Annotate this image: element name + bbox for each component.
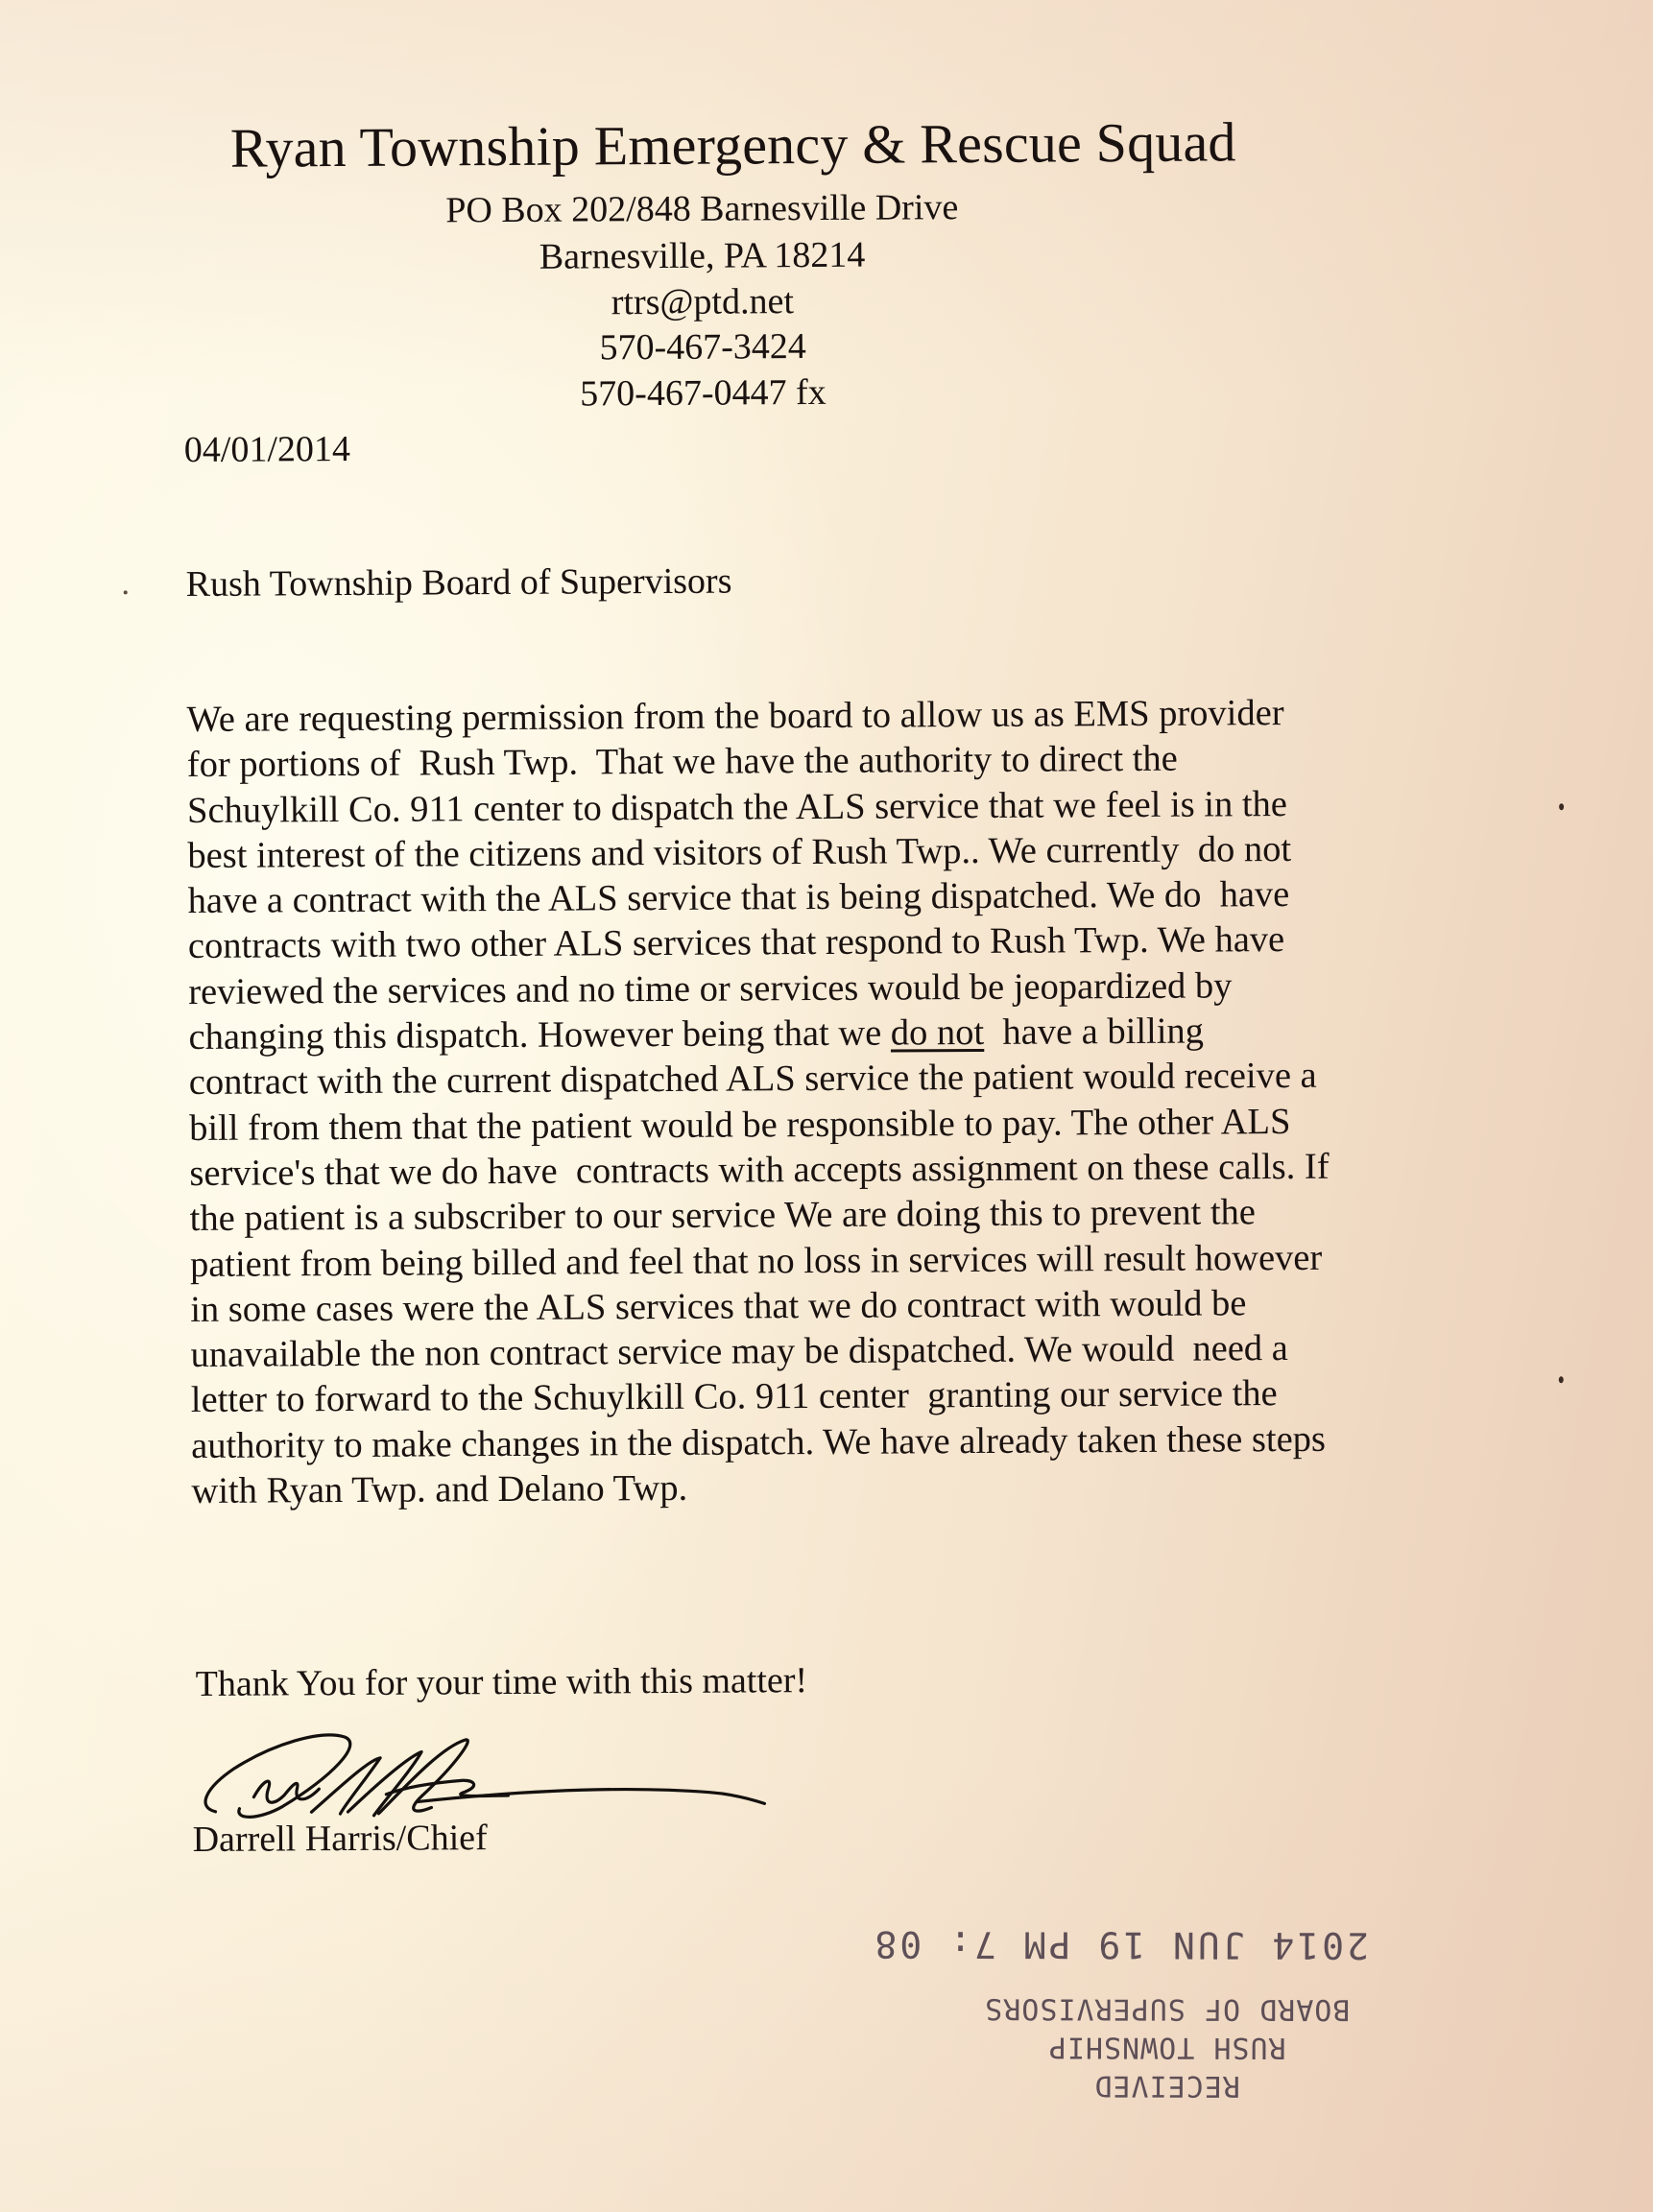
body-line: patient from being billed and feel that …: [190, 1235, 1330, 1288]
stamp-board: BOARD OF SUPERVISORS: [966, 1988, 1369, 2028]
body-line: Schuylkill Co. 911 center to dispatch th…: [187, 781, 1327, 834]
body-line: in some cases were the ALS services that…: [190, 1281, 1330, 1334]
letter-date: 04/01/2014: [184, 428, 350, 471]
addressee: Rush Township Board of Supervisors: [186, 560, 732, 606]
stamp-received: RECEIVED: [966, 2065, 1369, 2105]
body-line: We are requesting permission from the bo…: [186, 691, 1326, 744]
margin-mark: [124, 590, 128, 594]
letterhead-address-line-2: Barnesville, PA 18214: [0, 229, 1529, 282]
letterhead-email: rtrs@ptd.net: [0, 275, 1529, 328]
body-line: reviewed the services and no time or ser…: [188, 963, 1328, 1016]
body-line: service's that we do have contracts with…: [189, 1145, 1329, 1198]
letterhead-address-line-1: PO Box 202/848 Barnesville Drive: [0, 182, 1528, 235]
body-line-head: changing this dispatch. However being th…: [188, 1013, 891, 1058]
body-line: unavailable the non contract service may…: [190, 1326, 1330, 1379]
body-line: best interest of the citizens and visito…: [187, 827, 1327, 880]
received-stamp: RECEIVED RUSH TOWNSHIP BOARD OF SUPERVIS…: [966, 1925, 1369, 2105]
body-line-tail: have a billing: [984, 1011, 1204, 1053]
body-line: bill from them that the patient would be…: [189, 1099, 1329, 1152]
letter-body: We are requesting permission from the bo…: [186, 691, 1330, 1515]
stamp-timestamp: 2014 JUN 19 PM 7: 08: [966, 1925, 1369, 1964]
signer-name-title: Darrell Harris/Chief: [193, 1817, 488, 1861]
closing-line: Thank You for your time with this matter…: [196, 1659, 808, 1705]
body-line: contract with the current dispatched ALS…: [189, 1054, 1329, 1106]
letterhead-fax: 570-467-0447 fx: [0, 367, 1530, 419]
body-line: with Ryan Twp. and Delano Twp.: [191, 1463, 1330, 1515]
body-line-with-emphasis: changing this dispatch. However being th…: [188, 1009, 1328, 1061]
body-line: for portions of Rush Twp. That we have t…: [187, 736, 1327, 789]
ink-speck: [1559, 1376, 1564, 1383]
letterhead-phone: 570-467-3424: [0, 321, 1529, 373]
body-line: authority to make changes in the dispatc…: [191, 1416, 1330, 1469]
letterhead-organization: Ryan Township Emergency & Rescue Squad: [230, 109, 1236, 179]
body-line: have a contract with the ALS service tha…: [188, 872, 1328, 925]
stamp-township: RUSH TOWNSHIP: [966, 2027, 1369, 2066]
letter-page: Ryan Township Emergency & Rescue Squad P…: [0, 0, 1653, 2212]
body-line: letter to forward to the Schuylkill Co. …: [191, 1371, 1330, 1424]
ink-speck: [1559, 803, 1564, 810]
body-line: contracts with two other ALS services th…: [188, 917, 1328, 970]
body-line: the patient is a subscriber to our servi…: [190, 1190, 1330, 1243]
underlined-emphasis: do not: [891, 1012, 985, 1054]
